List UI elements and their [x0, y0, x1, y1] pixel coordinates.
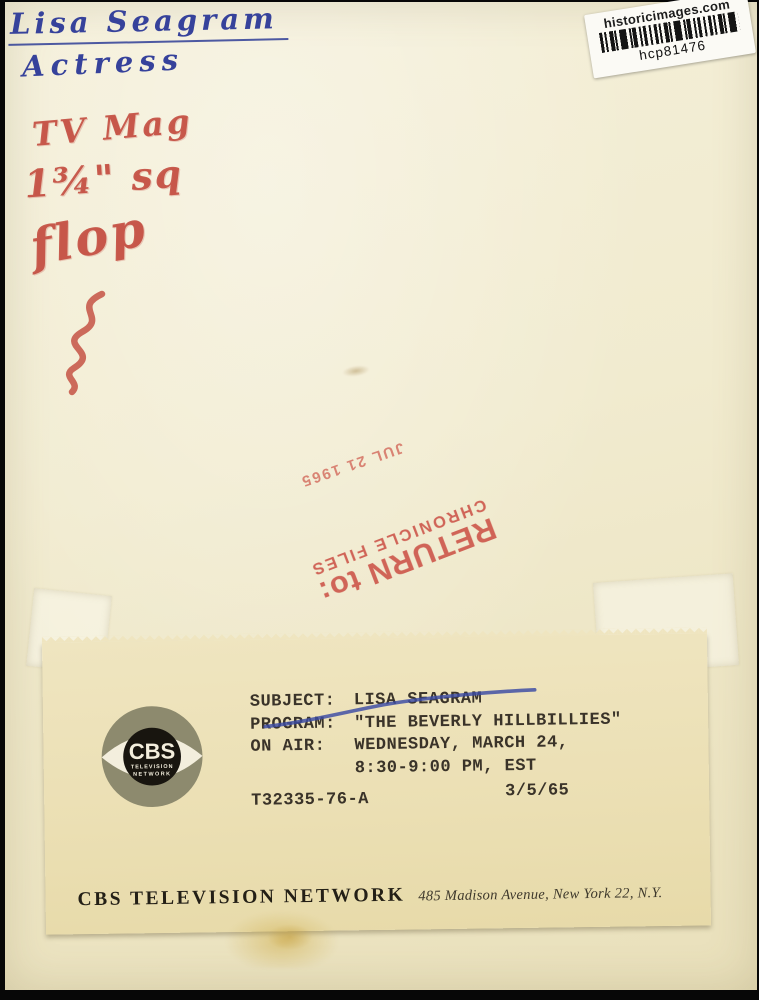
field-label-onair: ON AIR: — [250, 735, 354, 759]
editor-note-crop-size: 1¾" sq — [23, 151, 185, 207]
photo-id-row: T32335-76-A 3/5/65 — [251, 790, 369, 811]
field-value-onair-time: 8:30-9:00 PM, EST — [355, 755, 537, 780]
date-received-stamp: JUL 21 1965 — [293, 437, 412, 492]
caption-row-onair-time: 8:30-9:00 PM, EST — [251, 754, 623, 782]
photo-id: T32335-76-A — [251, 790, 369, 811]
editor-note-flop: flop — [26, 198, 151, 276]
photo-date: 3/5/65 — [505, 781, 569, 801]
return-to-stamp: RETURN to: CHRONICLE FILES — [286, 486, 521, 618]
stain-mark-small — [267, 924, 313, 950]
handwritten-subject-name: Lisa Seagram — [8, 0, 289, 46]
handwritten-subject-role: Actress — [21, 42, 184, 83]
paper-dent — [342, 364, 369, 378]
field-value-program: "THE BEVERLY HILLBILLIES" — [354, 709, 622, 735]
editor-note-tv-mag: TV Mag — [31, 101, 194, 154]
network-address: 485 Madison Avenue, New York 22, N.Y. — [418, 885, 662, 905]
cbs-logo-acronym: CBS — [129, 738, 176, 764]
field-value-subject: LISA SEAGRAM — [354, 689, 483, 713]
red-squiggle-mark — [48, 288, 120, 396]
scanned-photo-back: Lisa Seagram Actress TV Mag 1¾" sq flop … — [0, 0, 759, 1000]
photo-paper: Lisa Seagram Actress TV Mag 1¾" sq flop … — [5, 2, 757, 990]
field-label-program: PROGRAM: — [250, 713, 354, 737]
cbs-logo-network: NETWORK — [133, 771, 171, 778]
label-footer: CBS TELEVISION NETWORK 485 Madison Avenu… — [77, 881, 662, 911]
field-label-subject: SUBJECT: — [250, 690, 354, 714]
cbs-eye-logo: CBS TELEVISION NETWORK — [99, 703, 205, 809]
network-name: CBS TELEVISION NETWORK — [77, 885, 405, 912]
typed-caption-block: SUBJECT: LISA SEAGRAM PROGRAM: "THE BEVE… — [250, 687, 623, 782]
cbs-logo-television: TELEVISION — [131, 764, 174, 771]
cbs-press-label: CBS TELEVISION NETWORK SUBJECT: LISA SEA… — [42, 633, 711, 934]
field-value-onair: WEDNESDAY, MARCH 24, — [354, 732, 568, 757]
